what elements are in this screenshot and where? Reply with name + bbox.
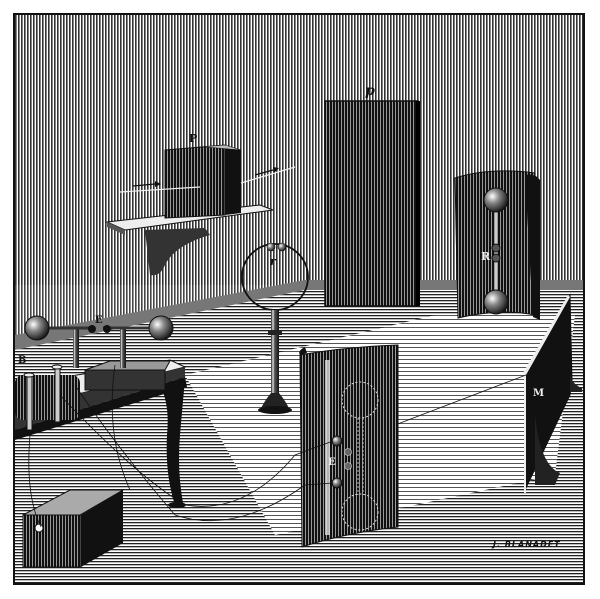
label-exciter: E — [95, 315, 103, 326]
label-reflector-gap: E — [328, 457, 336, 468]
engraving-illustration: p P r R — [15, 15, 583, 583]
label-mirror: M — [533, 388, 544, 399]
label-oscillator: R — [481, 250, 491, 263]
label-coil: B — [18, 355, 26, 366]
label-prism: P — [189, 132, 197, 145]
engraving-frame: p P r R — [13, 13, 585, 585]
label-screen: p — [365, 83, 375, 99]
oscillator-r-reflector: R — [455, 171, 540, 320]
artist-signature: J. BLANADET — [491, 540, 561, 549]
reflector-e: E — [299, 345, 398, 547]
screen-p: p — [325, 83, 420, 306]
